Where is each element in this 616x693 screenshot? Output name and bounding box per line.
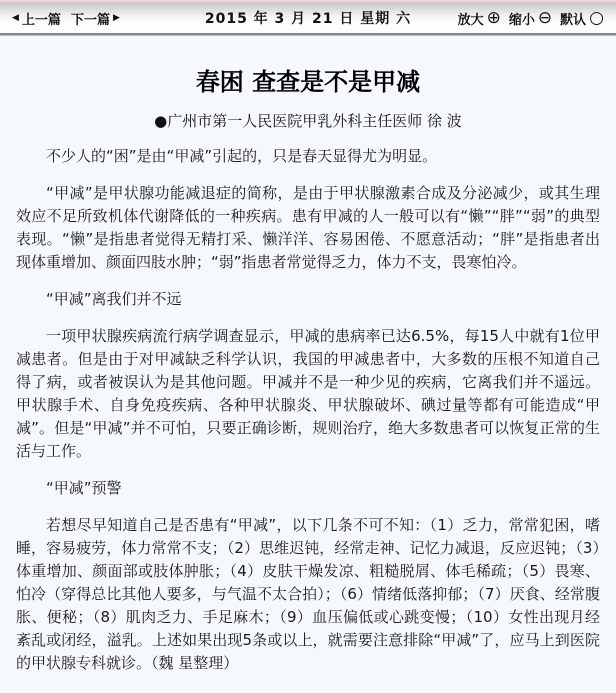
section-heading: “甲减”离我们并不远: [16, 288, 600, 311]
toolbar-divider: [0, 33, 616, 36]
prev-article-label: 上一篇: [22, 9, 61, 28]
zoom-in-icon: ⊕: [487, 10, 501, 27]
zoom-out-label: 缩小: [509, 9, 535, 28]
article-byline: ●广州市第一人民医院甲乳外科主任医师 徐 波: [16, 110, 600, 131]
zoom-in-label: 放大: [458, 9, 484, 28]
article-reader-page: ◀ 上一篇 下一篇 ▶ 2015 年 3 月 21 日 星期 六 放大 ⊕ 缩小…: [0, 0, 616, 693]
article-nav-group: ◀ 上一篇 下一篇 ▶: [12, 9, 205, 28]
article-content: 春困 查查是不是甲减 ●广州市第一人民医院甲乳外科主任医师 徐 波 不少人的“困…: [0, 68, 616, 675]
zoom-out-icon: ⊖: [538, 10, 552, 27]
toolbar: ◀ 上一篇 下一篇 ▶ 2015 年 3 月 21 日 星期 六 放大 ⊕ 缩小…: [0, 0, 616, 36]
prev-arrow-icon: ◀: [12, 14, 19, 23]
body-paragraph: 不少人的“困”是由“甲减”引起的，只是春天显得尤为明显。: [16, 145, 600, 168]
next-article-button[interactable]: 下一篇 ▶: [71, 9, 120, 28]
zoom-controls-group: 放大 ⊕ 缩小 ⊖ 默认 ○: [411, 9, 604, 28]
body-paragraph: “甲减”是甲状腺功能减退症的简称，是由于甲状腺激素合成及分泌减少，或其生理效应不…: [16, 182, 600, 274]
article-body: 不少人的“困”是由“甲减”引起的，只是春天显得尤为明显。“甲减”是甲状腺功能减退…: [16, 145, 600, 675]
next-arrow-icon: ▶: [113, 14, 120, 23]
body-paragraph: 一项甲状腺疾病流行病学调查显示，甲减的患病率已达6.5%，每15人中就有1位甲减…: [16, 325, 600, 463]
article-title: 春困 查查是不是甲减: [16, 68, 600, 96]
zoom-in-button[interactable]: 放大 ⊕: [458, 9, 501, 28]
prev-article-button[interactable]: ◀ 上一篇: [12, 9, 61, 28]
zoom-out-button[interactable]: 缩小 ⊖: [509, 9, 552, 28]
zoom-reset-icon: ○: [589, 10, 604, 27]
zoom-reset-button[interactable]: 默认 ○: [560, 9, 604, 28]
zoom-reset-label: 默认: [560, 9, 586, 28]
body-paragraph: 若想尽早知道自己是否患有“甲减”，以下几条不可不知：（1）乏力，常常犯困，嗜睡，…: [16, 514, 600, 675]
next-article-label: 下一篇: [71, 9, 110, 28]
section-heading: “甲减”预警: [16, 477, 600, 500]
toolbar-row: ◀ 上一篇 下一篇 ▶ 2015 年 3 月 21 日 星期 六 放大 ⊕ 缩小…: [0, 3, 616, 33]
date-label: 2015 年 3 月 21 日 星期 六: [205, 8, 411, 28]
